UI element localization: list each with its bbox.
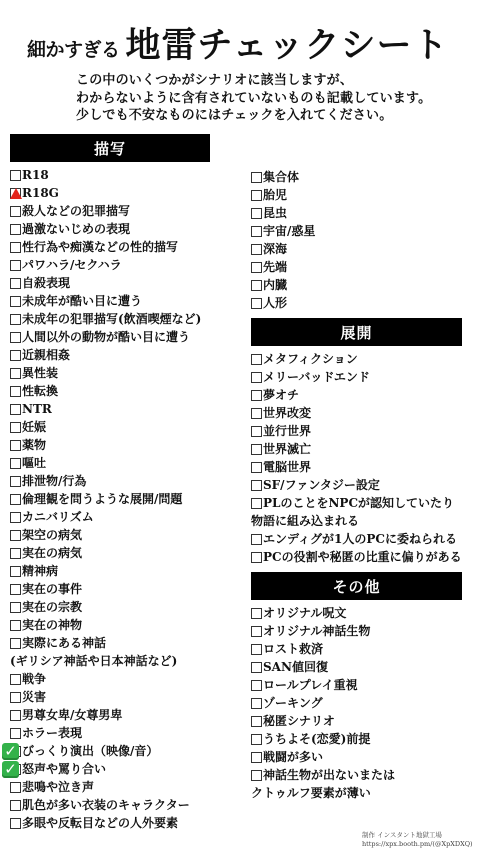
checklist-item-label: SAN値回復 — [263, 658, 328, 676]
checklist-item-label: 宇宙/惑星 — [263, 222, 315, 240]
title-prefix: 細かすぎる — [27, 35, 120, 62]
checklist-item[interactable]: 男尊女卑/女尊男卑 — [10, 706, 235, 724]
checklist-item-label: 実在の宗教 — [22, 598, 82, 616]
checkbox[interactable] — [10, 386, 21, 397]
depiction-list: R18R18G殺人などの犯罪描写過激ないじめの表現性行為や痴漢などの性的描写パワ… — [10, 166, 235, 652]
checklist-item-label: 未成年が酷い目に遭う — [22, 292, 142, 310]
checkbox[interactable] — [10, 620, 21, 631]
checkbox[interactable] — [10, 818, 21, 829]
credit-text: 制作 インスタント地獄工場 — [362, 831, 473, 840]
checklist-item-label: 災害 — [22, 688, 46, 706]
checklist-item[interactable]: SAN値回復 — [251, 658, 463, 676]
checklist-item[interactable]: SF/ファンタジー設定 — [251, 476, 463, 494]
checklist-item-label: R18G — [22, 184, 59, 202]
checklist-item-label: 深海 — [263, 240, 287, 258]
checklist-item-label: 先端 — [263, 258, 287, 276]
checklist-item[interactable]: メリーバッドエンド — [251, 368, 463, 386]
section-header-depiction: 描写 — [10, 134, 210, 162]
checklist-item-label: SF/ファンタジー設定 — [263, 476, 380, 494]
checkbox[interactable] — [251, 480, 262, 491]
checklist-item[interactable]: 嘔吐 — [10, 454, 235, 472]
checklist-item[interactable]: 薬物 — [10, 436, 235, 454]
checklist-item-label: 戦闘が多い — [263, 748, 323, 766]
checkbox[interactable] — [10, 692, 21, 703]
checklist-item[interactable]: 倫理観を問うような展開/問題 — [10, 490, 235, 508]
checklist-item[interactable]: 人間以外の動物が酷い目に遭う — [10, 328, 235, 346]
checklist-item[interactable]: メタフィクション — [251, 350, 463, 368]
checkbox[interactable] — [251, 644, 262, 655]
cthulhu-note: クトゥルフ要素が薄い — [251, 784, 463, 802]
checklist-item[interactable]: ゾーキング — [251, 694, 463, 712]
checklist-item-label: 実在の神物 — [22, 616, 82, 634]
checklist-item-label: 倫理観を問うような展開/問題 — [22, 490, 182, 508]
checkbox[interactable] — [251, 172, 262, 183]
checklist-item[interactable]: 未成年の犯罪描写(飲酒喫煙など) — [10, 310, 235, 328]
checklist-item-label: 嘔吐 — [22, 454, 46, 472]
checklist-item[interactable]: 世界滅亡 — [251, 440, 463, 458]
checklist-item-label: 胎児 — [263, 186, 287, 204]
checklist-item-label: 多眼や反転目などの人外要素 — [22, 814, 178, 832]
myth-note: (ギリシア神話や日本神話など) — [10, 652, 235, 670]
checklist-item[interactable]: 世界改変 — [251, 404, 463, 422]
checklist-item-label: 薬物 — [22, 436, 46, 454]
checklist-item-label: 並行世界 — [263, 422, 311, 440]
checkbox[interactable] — [251, 716, 262, 727]
footer-credit: 制作 インスタント地獄工場 https://xpx.booth.pm/(@XpX… — [362, 831, 473, 849]
depiction-list-right: 集合体胎児昆虫宇宙/惑星深海先端内臓人形 — [251, 168, 463, 312]
checklist-item[interactable]: ✓びっくり演出（映像/音） — [10, 742, 235, 760]
checklist-item-label: 昆虫 — [263, 204, 287, 222]
page-title: 細かすぎる 地雷チェックシート — [27, 22, 448, 66]
checklist-item-label: 人間以外の動物が酷い目に遭う — [22, 328, 190, 346]
checklist-item[interactable]: 人形 — [251, 294, 463, 312]
checklist-item-label: 自殺表現 — [22, 274, 70, 292]
checklist-item-label: 悲鳴や泣き声 — [22, 778, 94, 796]
checklist-item[interactable]: 戦争 — [10, 670, 235, 688]
checkbox[interactable] — [10, 260, 21, 271]
checkbox[interactable] — [10, 710, 21, 721]
checkbox[interactable] — [10, 800, 21, 811]
checklist-item[interactable]: 自殺表現 — [10, 274, 235, 292]
intro-line: この中のいくつかがシナリオに該当しますが、 — [76, 72, 431, 90]
checkbox[interactable] — [10, 728, 21, 739]
checklist-item[interactable]: 実在の事件 — [10, 580, 235, 598]
checklist-item[interactable]: 近親相姦 — [10, 346, 235, 364]
checklist-item[interactable]: ロールプレイ重視 — [251, 676, 463, 694]
checklist-item[interactable]: 妊娠 — [10, 418, 235, 436]
checklist-item[interactable]: 排泄物/行為 — [10, 472, 235, 490]
checkbox[interactable] — [10, 404, 21, 415]
checkbox[interactable] — [10, 458, 21, 469]
checkbox[interactable] — [10, 602, 21, 613]
checkbox[interactable] — [10, 368, 21, 379]
checklist-item[interactable]: 未成年が酷い目に遭う — [10, 292, 235, 310]
checklist-item[interactable]: 戦闘が多い — [251, 748, 463, 766]
checkbox[interactable] — [10, 206, 21, 217]
checkbox[interactable] — [251, 208, 262, 219]
checklist-item-label: 実在の事件 — [22, 580, 82, 598]
checklist-item[interactable]: 内臓 — [251, 276, 463, 294]
checklist-item-label: 過激ないじめの表現 — [22, 220, 130, 238]
checklist-item-label: 殺人などの犯罪描写 — [22, 202, 130, 220]
intro-line: わからないように含有されていないものも記載しています。 — [76, 90, 431, 108]
checkbox[interactable] — [10, 476, 21, 487]
checkbox[interactable] — [251, 534, 262, 545]
checklist-item[interactable]: エンディグが1人のPCに委ねられる — [251, 530, 463, 548]
checklist-item[interactable]: 架空の病気 — [10, 526, 235, 544]
checklist-item-label: 世界改変 — [263, 404, 311, 422]
checkbox[interactable] — [10, 278, 21, 289]
checklist-item-label: NTR — [22, 400, 52, 418]
checklist-item-label: 神話生物が出ないまたは — [263, 766, 395, 784]
checklist-item-label: ロスト救済 — [263, 640, 323, 658]
checklist-item[interactable]: 殺人などの犯罪描写 — [10, 202, 235, 220]
checklist-item[interactable]: ホラー表現 — [10, 724, 235, 742]
intro-line: 少しでも不安なものにはチェックを入れてください。 — [76, 107, 431, 125]
checkbox[interactable] — [251, 770, 262, 781]
checklist-item-label: びっくり演出（映像/音） — [22, 742, 158, 760]
left-column: 描写 R18R18G殺人などの犯罪描写過激ないじめの表現性行為や痴漢などの性的描… — [10, 134, 235, 832]
checkbox[interactable] — [251, 680, 262, 691]
checkbox[interactable] — [251, 444, 262, 455]
checkbox[interactable] — [251, 462, 262, 473]
checklist-item-label: メタフィクション — [263, 350, 358, 368]
checkbox[interactable] — [10, 332, 21, 343]
warning-triangle-icon — [10, 188, 22, 199]
other-list: オリジナル呪文オリジナル神話生物ロスト救済SAN値回復ロールプレイ重視ゾーキング… — [251, 604, 463, 784]
checklist-item[interactable]: 異性装 — [10, 364, 235, 382]
checkbox[interactable] — [251, 372, 262, 383]
checklist-item[interactable]: PCの役割や秘匿の比重に偏りがある — [251, 548, 463, 566]
checkbox[interactable] — [10, 782, 21, 793]
checklist-item-label: メリーバッドエンド — [263, 368, 370, 386]
checkbox[interactable] — [10, 224, 21, 235]
checklist-item-label: 実際にある神話 — [22, 634, 106, 652]
development-list-continued: エンディグが1人のPCに委ねられるPCの役割や秘匿の比重に偏りがある — [251, 530, 463, 566]
checkbox[interactable] — [10, 170, 21, 181]
depiction-list-continued: 戦争災害男尊女卑/女尊男卑ホラー表現✓びっくり演出（映像/音）✓怒声や罵り合い悲… — [10, 670, 235, 832]
checklist-item-label: 戦争 — [22, 670, 46, 688]
checklist-item[interactable]: 神話生物が出ないまたは — [251, 766, 463, 784]
checklist-item[interactable]: カニバリズム — [10, 508, 235, 526]
checklist-item[interactable]: 実在の宗教 — [10, 598, 235, 616]
checkbox[interactable] — [10, 440, 21, 451]
checklist-item[interactable]: 悲鳴や泣き声 — [10, 778, 235, 796]
checklist-item-label: オリジナル神話生物 — [263, 622, 370, 640]
checklist-item[interactable]: 多眼や反転目などの人外要素 — [10, 814, 235, 832]
credit-url: https://xpx.booth.pm/(@XpXDXQ) — [362, 840, 473, 849]
checklist-item-label: 人形 — [263, 294, 287, 312]
checklist-item-label: ホラー表現 — [22, 724, 82, 742]
checklist-item-label: PLのことをNPCが認知していたり — [263, 494, 454, 512]
checklist-item-label: ロールプレイ重視 — [263, 676, 358, 694]
checkbox[interactable] — [10, 314, 21, 325]
checklist-item-label: 妊娠 — [22, 418, 46, 436]
checkbox[interactable] — [251, 354, 262, 365]
checklist-item-label: カニバリズム — [22, 508, 94, 526]
checklist-item[interactable]: 実在の病気 — [10, 544, 235, 562]
checklist-item-label: 世界滅亡 — [263, 440, 311, 458]
checklist-item[interactable]: 実在の神物 — [10, 616, 235, 634]
checkbox[interactable] — [10, 584, 21, 595]
checkbox[interactable] — [10, 548, 21, 559]
checklist-item-label: パワハラ/セクハラ — [22, 256, 122, 274]
intro-text: この中のいくつかがシナリオに該当しますが、 わからないように含有されていないもの… — [76, 72, 431, 125]
checklist-item[interactable]: オリジナル呪文 — [251, 604, 463, 622]
checklist-item-label: 肌色が多い衣装のキャラクター — [22, 796, 190, 814]
checklist-item[interactable]: 精神病 — [10, 562, 235, 580]
checkbox[interactable] — [251, 608, 262, 619]
checkbox[interactable] — [251, 626, 262, 637]
checkbox[interactable] — [10, 530, 21, 541]
checkbox[interactable] — [251, 734, 262, 745]
checklist-item-label: 電脳世界 — [263, 458, 311, 476]
checklist-item[interactable]: 並行世界 — [251, 422, 463, 440]
checklist-item[interactable]: 実際にある神話 — [10, 634, 235, 652]
checkbox[interactable] — [251, 498, 262, 509]
checkbox[interactable] — [251, 752, 262, 763]
checkbox[interactable] — [251, 408, 262, 419]
checkbox[interactable] — [10, 494, 21, 505]
checklist-item[interactable]: 災害 — [10, 688, 235, 706]
checklist-item-label: R18 — [22, 166, 49, 184]
pl-note: 物語に組み込まれる — [251, 512, 463, 530]
title-main: 地雷チェックシート — [126, 26, 449, 66]
checklist-item[interactable]: 性転換 — [10, 382, 235, 400]
checklist-item-label: 怒声や罵り合い — [22, 760, 106, 778]
checklist-item-label: ゾーキング — [263, 694, 323, 712]
checklist-item-label: オリジナル呪文 — [263, 604, 346, 622]
checklist-item[interactable]: ロスト救済 — [251, 640, 463, 658]
checklist-item[interactable]: 集合体 — [251, 168, 463, 186]
checklist-item-label: 実在の病気 — [22, 544, 82, 562]
checkbox[interactable] — [10, 350, 21, 361]
checklist-item[interactable]: 昆虫 — [251, 204, 463, 222]
checklist-item-label: 精神病 — [22, 562, 58, 580]
checkbox[interactable] — [10, 566, 21, 577]
checkbox[interactable] — [251, 262, 262, 273]
checklist-item-label: 異性装 — [22, 364, 58, 382]
checklist-item[interactable]: 性行為や痴漢などの性的描写 — [10, 238, 235, 256]
checklist-item-label: 近親相姦 — [22, 346, 70, 364]
development-list: メタフィクションメリーバッドエンド夢オチ世界改変並行世界世界滅亡電脳世界SF/フ… — [251, 350, 463, 512]
checklist-item[interactable]: 肌色が多い衣装のキャラクター — [10, 796, 235, 814]
checklist-item[interactable]: 宇宙/惑星 — [251, 222, 463, 240]
checklist-item-label: 排泄物/行為 — [22, 472, 86, 490]
checkbox[interactable] — [10, 674, 21, 685]
check-mark-icon: ✓ — [2, 743, 19, 760]
checklist-item[interactable]: 過激ないじめの表現 — [10, 220, 235, 238]
section-header-development: 展開 — [251, 318, 462, 346]
checkbox[interactable] — [251, 698, 262, 709]
checklist-item-label: 性行為や痴漢などの性的描写 — [22, 238, 178, 256]
checklist-item-label: 架空の病気 — [22, 526, 82, 544]
checkbox[interactable] — [10, 242, 21, 253]
checkbox[interactable] — [251, 390, 262, 401]
checklist-item[interactable]: ✓怒声や罵り合い — [10, 760, 235, 778]
checklist-item-label: 集合体 — [263, 168, 299, 186]
checklist-item[interactable]: うちよそ(恋愛)前提 — [251, 730, 463, 748]
checklist-item[interactable]: R18 — [10, 166, 235, 184]
checkbox[interactable] — [10, 638, 21, 649]
section-header-other: その他 — [251, 572, 462, 600]
checklist-item-label: 秘匿シナリオ — [263, 712, 335, 730]
checklist-item-label: 性転換 — [22, 382, 58, 400]
checklist-item[interactable]: 秘匿シナリオ — [251, 712, 463, 730]
checklist-item[interactable]: PLのことをNPCが認知していたり — [251, 494, 463, 512]
checkbox[interactable] — [251, 552, 262, 563]
checklist-item-label: PCの役割や秘匿の比重に偏りがある — [263, 548, 462, 566]
checklist-item-label: 夢オチ — [263, 386, 299, 404]
check-mark-icon: ✓ — [2, 761, 19, 778]
checkbox[interactable] — [10, 422, 21, 433]
checkbox[interactable] — [251, 426, 262, 437]
right-column: 集合体胎児昆虫宇宙/惑星深海先端内臓人形 展開 メタフィクションメリーバッドエン… — [251, 168, 463, 802]
checklist-item[interactable]: 電脳世界 — [251, 458, 463, 476]
checkbox[interactable] — [10, 296, 21, 307]
checklist-item[interactable]: 胎児 — [251, 186, 463, 204]
checklist-item-label: 内臓 — [263, 276, 287, 294]
checklist-item-label: 未成年の犯罪描写(飲酒喫煙など) — [22, 310, 201, 328]
checklist-item-label: うちよそ(恋愛)前提 — [263, 730, 370, 748]
checkbox[interactable] — [251, 280, 262, 291]
checklist-item[interactable]: 先端 — [251, 258, 463, 276]
checkbox[interactable] — [251, 226, 262, 237]
checkbox[interactable] — [251, 298, 262, 309]
checklist-item[interactable]: R18G — [10, 184, 235, 202]
checklist-item[interactable]: 深海 — [251, 240, 463, 258]
checklist-item[interactable]: 夢オチ — [251, 386, 463, 404]
checkbox[interactable] — [251, 190, 262, 201]
checkbox[interactable] — [251, 662, 262, 673]
checklist-item-label: 男尊女卑/女尊男卑 — [22, 706, 122, 724]
checklist-item[interactable]: NTR — [10, 400, 235, 418]
checklist-item[interactable]: オリジナル神話生物 — [251, 622, 463, 640]
checklist-item[interactable]: パワハラ/セクハラ — [10, 256, 235, 274]
checkbox[interactable] — [10, 512, 21, 523]
checkbox[interactable] — [251, 244, 262, 255]
checklist-item-label: エンディグが1人のPCに委ねられる — [263, 530, 457, 548]
